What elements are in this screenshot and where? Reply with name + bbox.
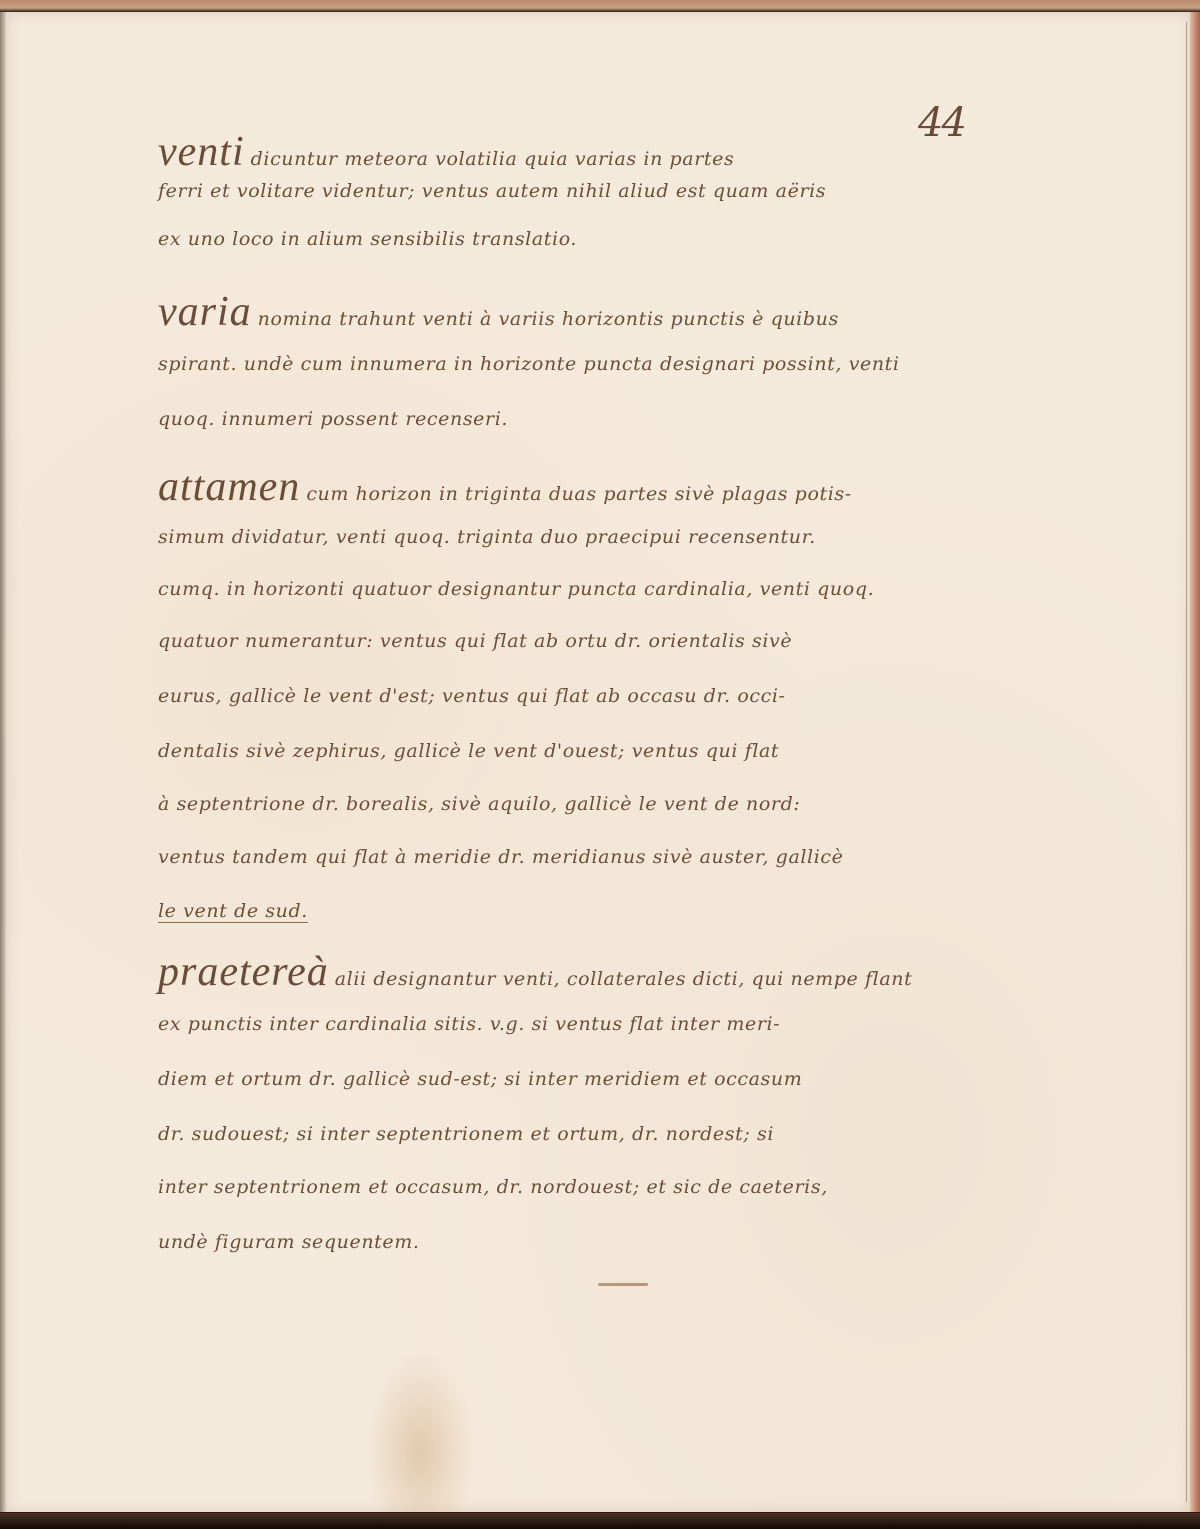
text-line: ventus tandem qui flat à meridie dr. mer… (158, 846, 843, 868)
text-line: varianomina trahunt venti à variis horiz… (158, 288, 839, 336)
text-line: praetereàalii designantur venti, collate… (158, 948, 912, 996)
paragraph-initial: venti (158, 129, 245, 175)
text-line: ferri et volitare videntur; ventus autem… (158, 180, 826, 202)
paragraph-initial: varia (158, 289, 252, 335)
line-text: undè figuram sequentem. (158, 1231, 420, 1253)
paragraph-initial: praetereà (158, 949, 329, 995)
text-line: dr. sudouest; si inter septentrionem et … (158, 1123, 774, 1145)
line-text: diem et ortum dr. gallicè sud-est; si in… (158, 1068, 802, 1090)
line-text: quatuor numerantur: ventus qui flat ab o… (158, 630, 792, 652)
line-text: ventus tandem qui flat à meridie dr. mer… (158, 846, 843, 868)
bottom-shadow-edge (0, 1513, 1200, 1529)
binding-edge (0, 12, 6, 1512)
text-line: ventidicuntur meteora volatilia quia var… (158, 128, 734, 176)
folio-number: 44 (918, 100, 965, 146)
line-text: alii designantur venti, collaterales dic… (335, 968, 913, 990)
text-line: dentalis sivè zephirus, gallicè le vent … (158, 740, 779, 762)
line-text: spirant. undè cum innumera in horizonte … (158, 353, 900, 375)
line-text: dr. sudouest; si inter septentrionem et … (158, 1123, 774, 1145)
text-line: quatuor numerantur: ventus qui flat ab o… (158, 630, 792, 652)
line-text: cumq. in horizonti quatuor designantur p… (158, 578, 874, 600)
text-line: ex uno loco in alium sensibilis translat… (158, 228, 577, 250)
margin-rule (1186, 22, 1187, 1502)
line-text: ex punctis inter cardinalia sitis. v.g. … (158, 1013, 780, 1035)
line-text: quoq. innumeri possent recenseri. (158, 408, 508, 430)
text-line: quoq. innumeri possent recenseri. (158, 408, 508, 430)
text-line: diem et ortum dr. gallicè sud-est; si in… (158, 1068, 802, 1090)
ink-dash-mark (598, 1283, 648, 1286)
text-line: ex punctis inter cardinalia sitis. v.g. … (158, 1013, 780, 1035)
text-line: cumq. in horizonti quatuor designantur p… (158, 578, 874, 600)
line-text: ferri et volitare videntur; ventus autem… (158, 180, 826, 202)
line-text: cum horizon in triginta duas partes sivè… (306, 483, 851, 505)
text-line: undè figuram sequentem. (158, 1231, 420, 1253)
line-text: eurus, gallicè le vent d'est; ventus qui… (158, 685, 786, 707)
manuscript-page-frame: 44 ventidicuntur meteora volatilia quia … (0, 0, 1200, 1529)
line-text: ex uno loco in alium sensibilis translat… (158, 228, 577, 250)
line-text: simum dividatur, venti quoq. triginta du… (158, 526, 816, 548)
line-text: à septentrione dr. borealis, sivè aquilo… (158, 793, 800, 815)
text-line: simum dividatur, venti quoq. triginta du… (158, 526, 816, 548)
text-line: le vent de sud. (158, 900, 308, 922)
line-text: nomina trahunt venti à variis horizontis… (258, 308, 839, 330)
text-line: eurus, gallicè le vent d'est; ventus qui… (158, 685, 786, 707)
text-line: inter septentrionem et occasum, dr. nord… (158, 1176, 828, 1198)
line-text: dentalis sivè zephirus, gallicè le vent … (158, 740, 779, 762)
text-line: attamencum horizon in triginta duas part… (158, 463, 852, 511)
text-line: spirant. undè cum innumera in horizonte … (158, 353, 900, 375)
line-text: dicuntur meteora volatilia quia varias i… (251, 148, 735, 170)
line-text: inter septentrionem et occasum, dr. nord… (158, 1176, 828, 1198)
line-text: le vent de sud. (158, 900, 308, 922)
text-line: à septentrione dr. borealis, sivè aquilo… (158, 793, 800, 815)
page-edge-red (1190, 12, 1200, 1512)
paragraph-initial: attamen (158, 464, 300, 510)
